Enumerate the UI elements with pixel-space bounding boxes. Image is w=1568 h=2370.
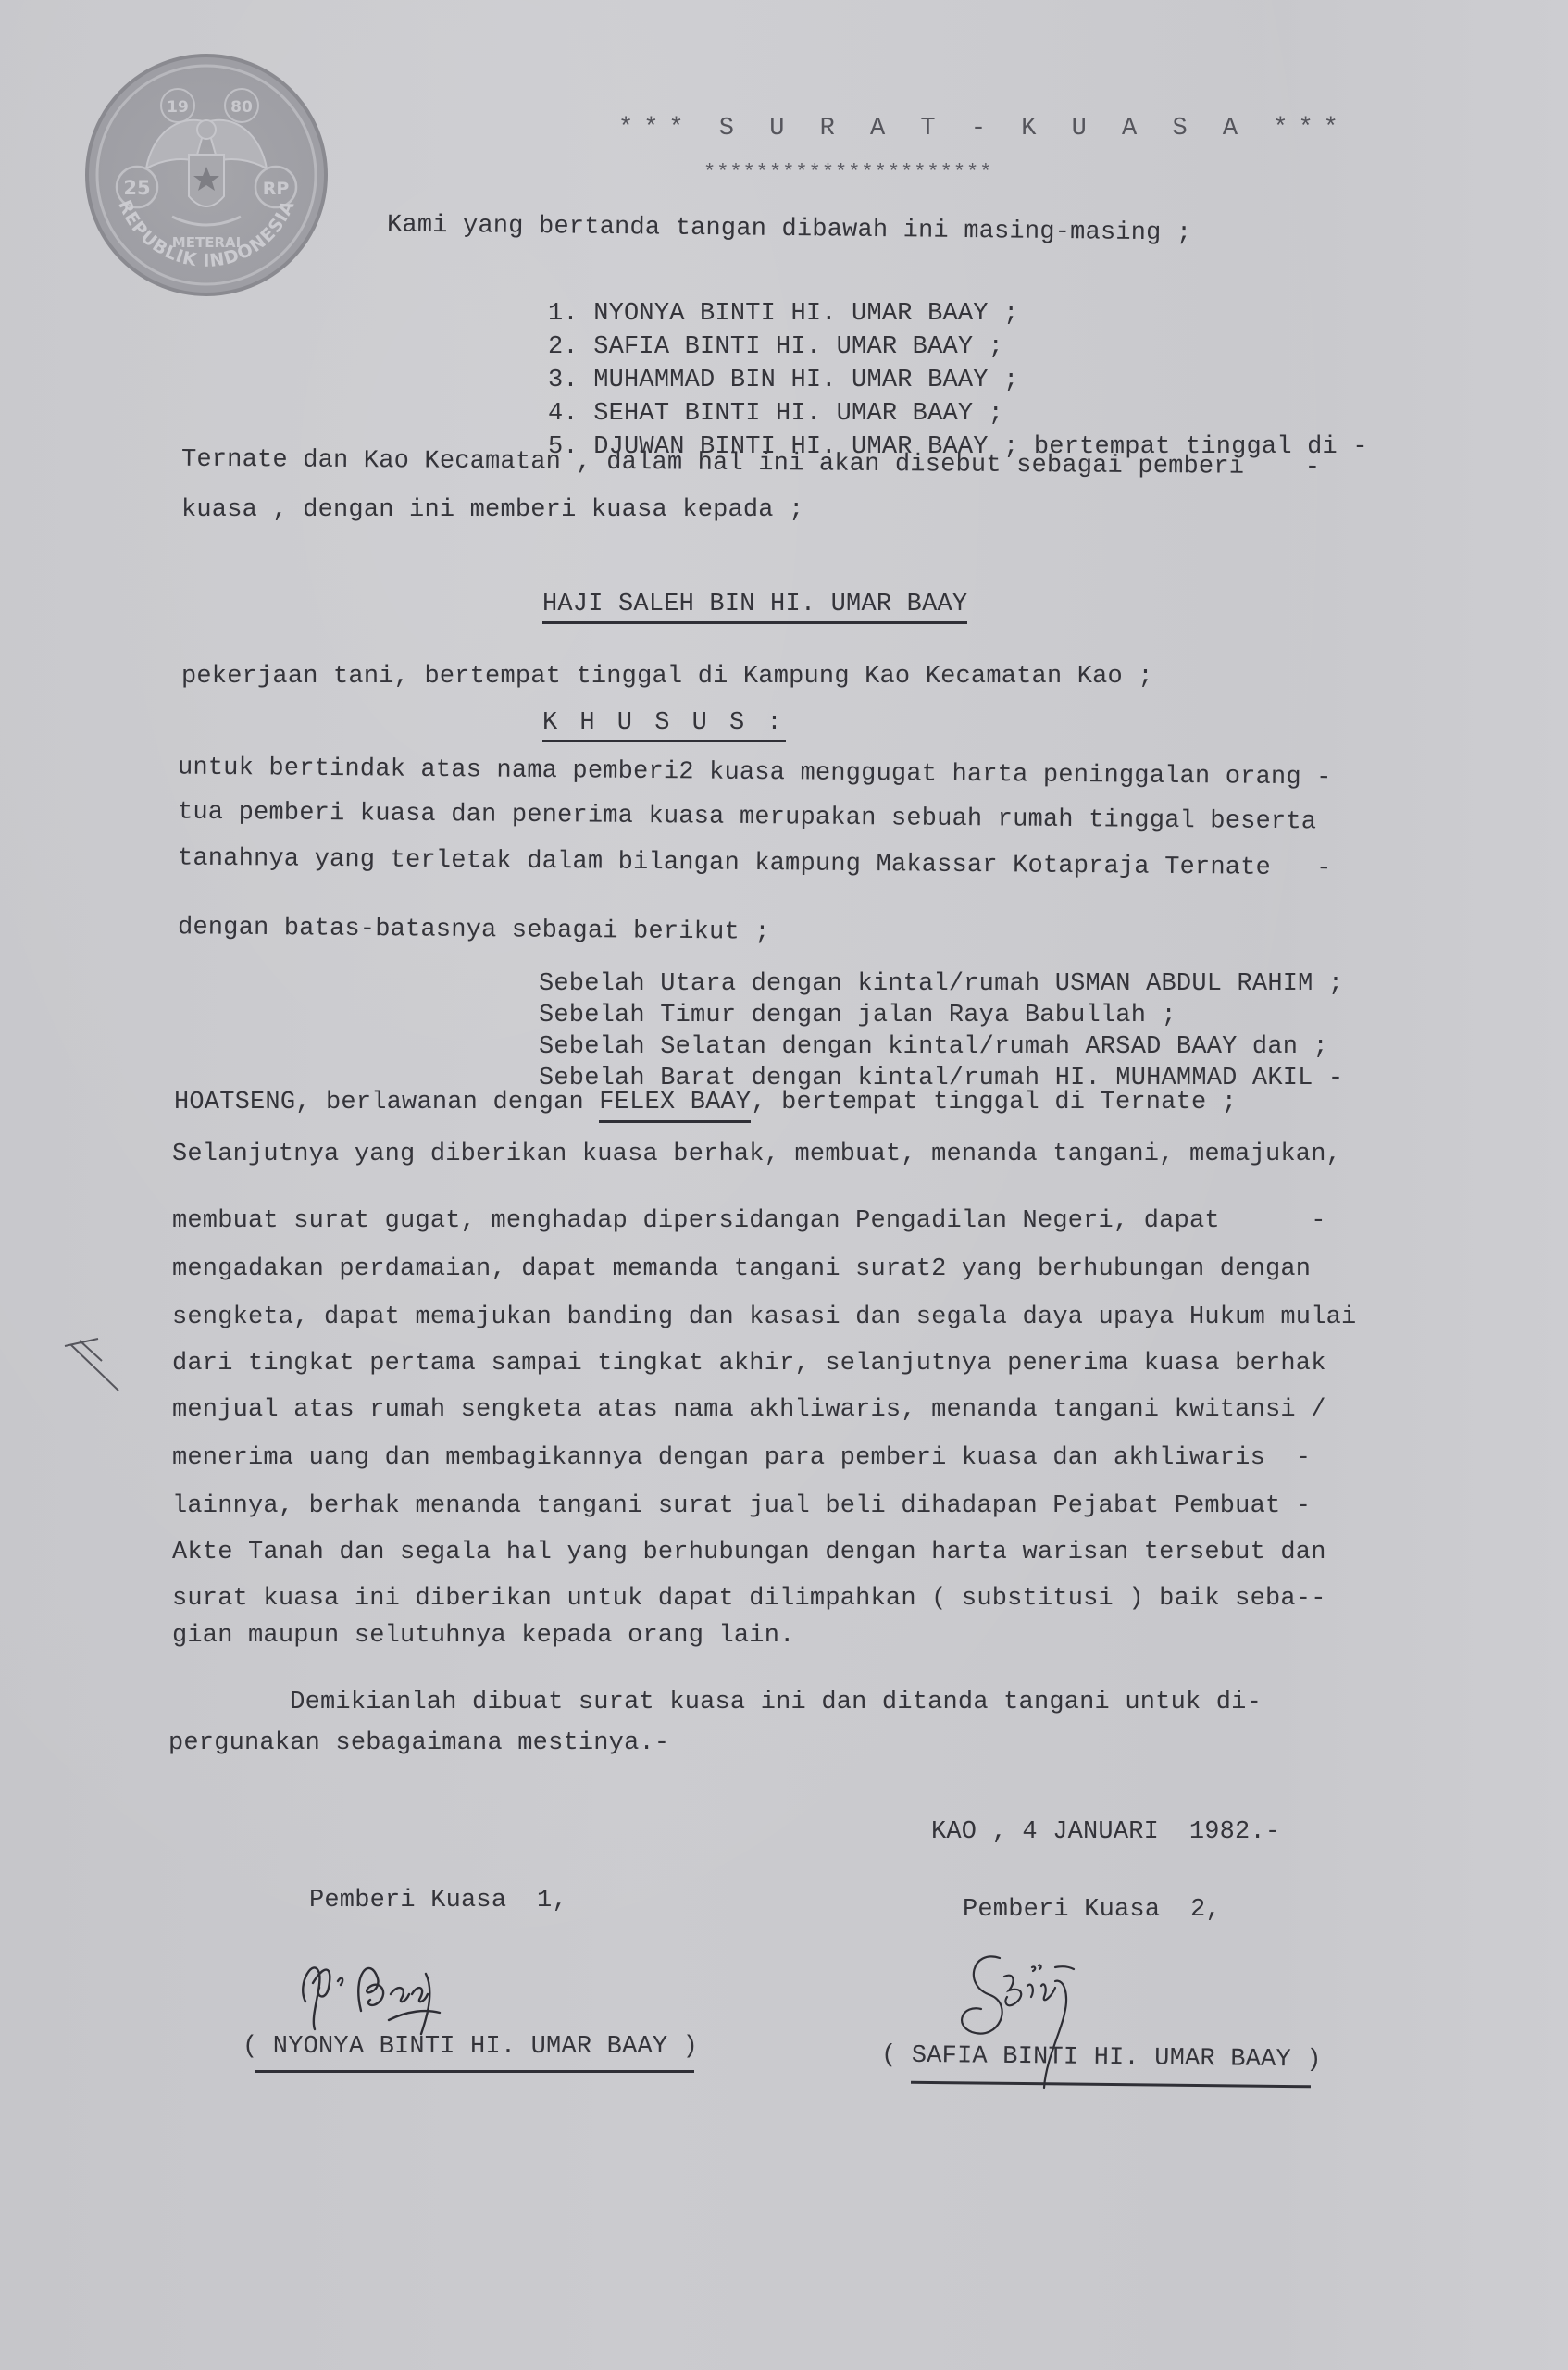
opponent-line: HOATSENG, berlawanan dengan FELEX BAAY, … <box>174 1091 1237 1116</box>
body-line: tua pemberi kuasa dan penerima kuasa mer… <box>178 801 1316 836</box>
svg-text:19: 19 <box>167 98 189 117</box>
attorney-description: pekerjaan tani, bertempat tinggal di Kam… <box>181 665 1153 690</box>
body-line: Akte Tanah dan segala hal yang berhubung… <box>172 1540 1326 1565</box>
document-title: *** S U R A T - K U A S A *** <box>618 117 1349 142</box>
svg-text:25: 25 <box>123 177 150 199</box>
margin-mark-icon <box>61 1333 135 1398</box>
body-line: lainnya, berhak menanda tangani surat ju… <box>172 1494 1311 1519</box>
signatory-1-underline <box>255 2070 694 2073</box>
body-line: mengadakan perdamaian, dapat memanda tan… <box>172 1257 1311 1282</box>
signatory-1-label: Pemberi Kuasa 1, <box>309 1889 567 1914</box>
signatory-2-label: Pemberi Kuasa 2, <box>963 1898 1221 1923</box>
body-line: tanahnya yang terletak dalam bilangan ka… <box>178 847 1332 882</box>
body-line: gian maupun selutuhnya kepada orang lain… <box>172 1624 795 1649</box>
boundary-item: Sebelah Selatan dengan kintal/rumah ARSA… <box>539 1035 1328 1060</box>
grantor-item: 3. MUHAMMAD BIN HI. UMAR BAAY ; <box>548 368 1018 393</box>
residence-line: kuasa , dengan ini memberi kuasa kepada … <box>181 498 804 523</box>
title-underline-stars: ********************** <box>703 163 992 183</box>
garuda-emblem-icon: 19 80 25 RP METERAI REPUBLIK INDONESIA <box>89 57 324 293</box>
body-line: membuat surat gugat, menghadap dipersida… <box>172 1209 1326 1234</box>
grantor-item: 4. SEHAT BINTI HI. UMAR BAAY ; <box>548 402 1003 427</box>
signatory-2-name: ( SAFIA BINTI HI. UMAR BAAY ) <box>881 2044 1322 2074</box>
signatory-1-name: ( NYONYA BINTI HI. UMAR BAAY ) <box>243 2035 698 2060</box>
body-line: surat kuasa ini diberikan untuk dapat di… <box>172 1587 1326 1612</box>
grantor-item: 2. SAFIA BINTI HI. UMAR BAAY ; <box>548 335 1003 360</box>
body-line: Selanjutnya yang diberikan kuasa berhak,… <box>172 1142 1341 1167</box>
boundary-item: Sebelah Utara dengan kintal/rumah USMAN … <box>539 972 1343 997</box>
svg-text:80: 80 <box>230 98 253 117</box>
signature-2 <box>935 1940 1157 2097</box>
document-page: 19 80 25 RP METERAI REPUBLIK INDONESIA *… <box>0 0 1568 2370</box>
boundary-item: Sebelah Timur dengan jalan Raya Babullah… <box>539 1004 1176 1029</box>
signature-1 <box>287 1937 518 2039</box>
body-line: menjual atas rumah sengketa atas nama ak… <box>172 1398 1326 1423</box>
opponent-name: FELEX BAAY <box>599 1089 751 1123</box>
body-line: menerima uang dan membagikannya dengan p… <box>172 1446 1311 1471</box>
closing-line: pergunakan sebagaimana mestinya.- <box>168 1731 669 1756</box>
body-line: untuk bertindak atas nama pemberi2 kuasa… <box>178 756 1332 792</box>
attorney-name: HAJI SALEH BIN HI. UMAR BAAY <box>542 592 967 624</box>
boundary-item: Sebelah Barat dengan kintal/rumah HI. MU… <box>539 1066 1343 1091</box>
place-date: KAO , 4 JANUARI 1982.- <box>931 1820 1280 1845</box>
grantor-item: 1. NYONYA BINTI HI. UMAR BAAY ; <box>548 302 1018 327</box>
body-line: dengan batas-batasnya sebagai berikut ; <box>178 916 770 946</box>
intro-text: Kami yang bertanda tangan dibawah ini ma… <box>387 213 1192 246</box>
closing-line: Demikianlah dibuat surat kuasa ini dan d… <box>168 1690 1262 1715</box>
residence-line: Ternate dan Kao Kecamatan , dalam hal in… <box>181 448 1320 481</box>
body-line: dari tingkat pertama sampai tingkat akhi… <box>172 1352 1326 1377</box>
body-line: sengketa, dapat memajukan banding dan ka… <box>172 1305 1356 1330</box>
svg-text:RP: RP <box>263 179 290 199</box>
revenue-stamp: 19 80 25 RP METERAI REPUBLIK INDONESIA <box>85 54 328 296</box>
special-heading: K H U S U S : <box>542 711 786 742</box>
